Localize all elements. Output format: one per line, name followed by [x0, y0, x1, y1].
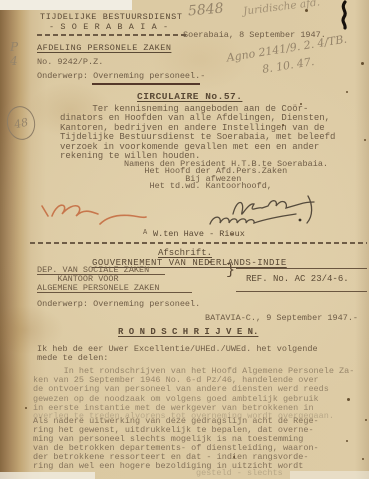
scan-edge-top [0, 0, 132, 10]
stain-speck [282, 124, 284, 126]
letterhead-divider [37, 34, 187, 36]
rondschrijven-paragraph-1: In het rondschrijven van het Hoofd Algem… [33, 367, 354, 413]
circulaire-body: Ter kennisneming aangeboden aan de Coör-… [60, 105, 335, 161]
ref-rule-top [236, 268, 367, 269]
letter-number: No. 9242/P.Z. [37, 58, 103, 67]
department-block: DEP. VAN SOCIALE ZAKEN KANTOOR VOOR ALGE… [37, 266, 159, 293]
dateline-batavia: BATAVIA-C., 9 September 1947.- [205, 314, 358, 323]
stain-speck [361, 62, 364, 65]
signed-name-prefix: A [143, 229, 147, 238]
stain-speck [25, 407, 27, 409]
pencil-number: 5848 [187, 0, 224, 19]
stain-speck [346, 91, 348, 93]
stain-speck [362, 458, 364, 460]
rondschrijven-partial-line: gesteld - slechts [196, 469, 283, 478]
scan-edge-bottom-right [290, 471, 369, 479]
scan-edge-bottom-left [0, 472, 95, 479]
signing-block: Namens den President H.T.B.te Soerabaia.… [124, 161, 328, 190]
stain-speck [305, 9, 308, 12]
rondschrijven-paragraph-2: Als nadere uitwerking van deze gedragsli… [33, 417, 319, 471]
stain-speck [347, 398, 350, 401]
stain-speck [233, 456, 235, 458]
section-divider [30, 242, 367, 244]
letterhead-division: AFDELING PERSONELE ZAKEN [37, 44, 171, 53]
rondschrijven-intro: Ik heb de eer Uwer Excellentie/UHEd./UWE… [37, 345, 318, 363]
agenda-annotation-2: 8. 10. 47. [261, 55, 315, 76]
stain-speck [346, 440, 348, 442]
scanned-document-page: TIJDELIJKE BESTUURSDIENST - S O E R A B … [0, 0, 369, 479]
folio-number: 48 [13, 115, 29, 131]
circulaire-title: CIRCULAIRE No.57. [137, 92, 242, 101]
stain-speck [364, 139, 366, 141]
subject-underline [92, 83, 200, 85]
stain-speck [209, 261, 211, 263]
ref-brace: } [226, 266, 235, 275]
afschrift-title: Afschrift. [158, 249, 212, 258]
ref-number: REF. No. AC 23/4-6. [246, 275, 349, 284]
margin-mark-2: 4 [10, 54, 18, 68]
stain-speck [231, 233, 233, 235]
department-rule-1 [37, 274, 165, 275]
afschrift-subject: Onderwerp: Overneming personeel. [37, 300, 200, 309]
pencil-note: Juridische afd. [243, 0, 321, 18]
stain-speck [365, 419, 367, 421]
red-pencil-annotation [38, 190, 153, 232]
pen-mark [333, 0, 359, 30]
stain-speck [300, 103, 302, 105]
rondschrijven-title: R O N D S C H R I J V E N. [118, 328, 258, 337]
letterhead-service: TIJDELIJKE BESTUURSDIENST [40, 13, 183, 22]
department-rule-2 [37, 292, 192, 293]
margin-mark-1: P [10, 40, 18, 54]
letter-subject: Onderwerp: Overneming personeel.- [37, 72, 205, 81]
letterhead-city: - S O E R A B A I A - [49, 23, 169, 32]
circled-folio-number: 48 [4, 103, 38, 142]
ref-rule-bottom [236, 291, 367, 292]
